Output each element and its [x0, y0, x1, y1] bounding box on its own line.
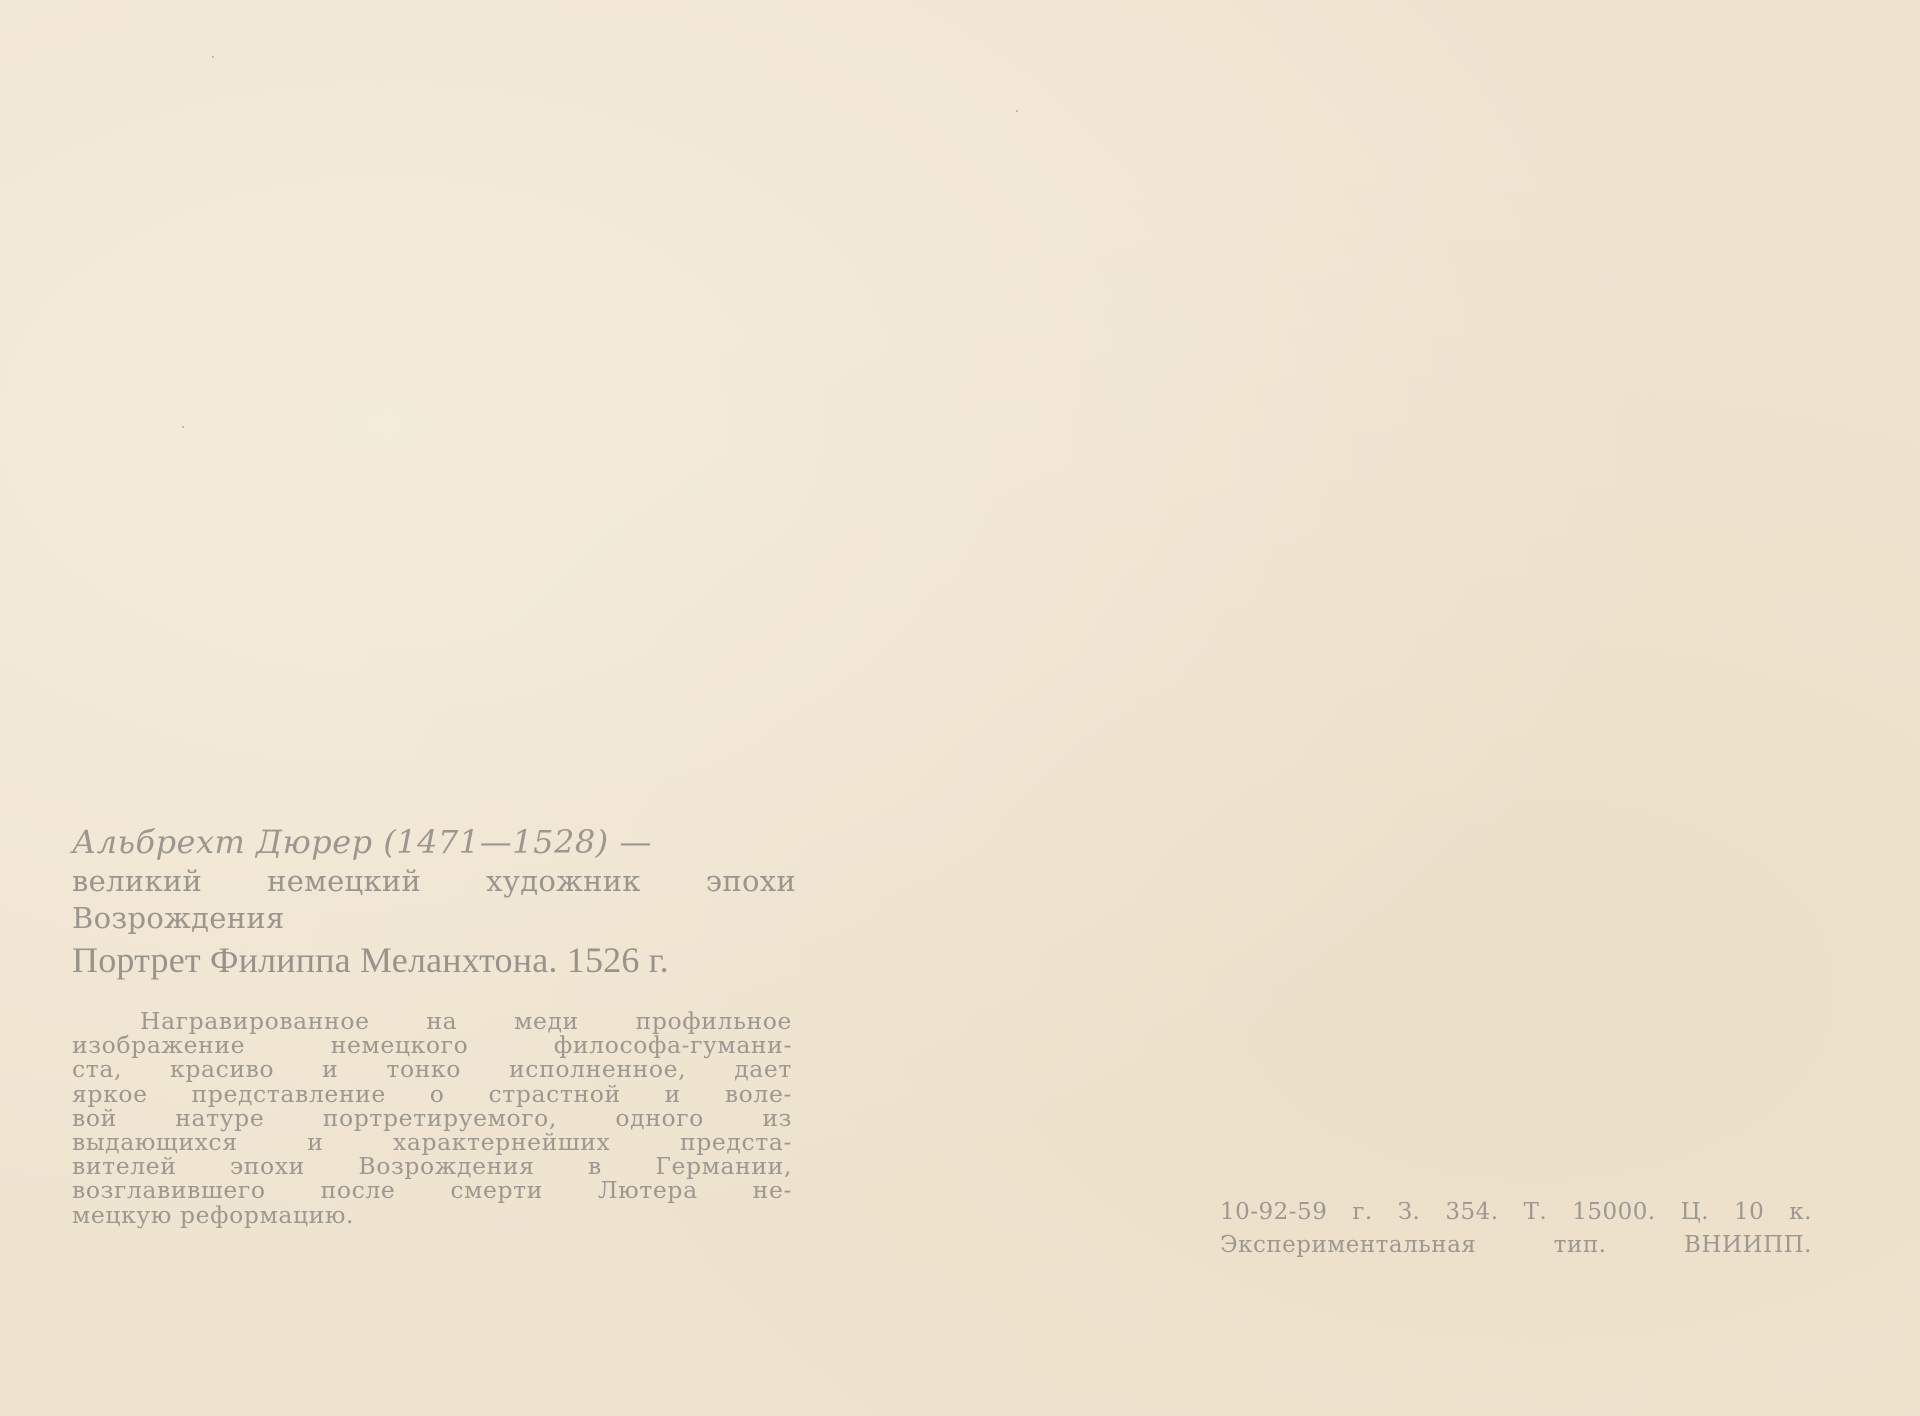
paper-speck [1016, 110, 1018, 112]
paragraph-line: ста, красиво и тонко исполненное, дает [72, 1057, 792, 1081]
artwork-title: Портрет Филиппа Меланхтона. 1526 г. [72, 938, 796, 982]
paragraph-line: изображение немецкого философа-гумани- [72, 1033, 792, 1057]
artwork-description-paragraph: Награвированное на меди профильное изобр… [72, 1009, 792, 1227]
paragraph-line: выдающихся и характернейших предста- [72, 1130, 792, 1154]
paragraph-line: яркое представление о страстной и воле- [72, 1082, 792, 1106]
imprint-printer-name: Экспериментальная тип. ВНИИПП. [1220, 1229, 1812, 1262]
artist-name-dates: Альбрехт Дюрер (1471—1528) — [72, 822, 796, 862]
paragraph-line: Награвированное на меди профильное [72, 1009, 792, 1033]
printing-imprint: 10-92-59 г. З. 354. Т. 15000. Ц. 10 к. Э… [1220, 1196, 1812, 1262]
artist-description-line-2: Возрождения [72, 900, 796, 936]
paragraph-line: мецкую реформацию. [72, 1203, 792, 1227]
paper-speck [212, 56, 214, 58]
paragraph-line: возглавившего после смерти Лютера не- [72, 1178, 792, 1202]
paper-speck [182, 426, 184, 428]
paragraph-line: вой натуре портретируемого, одного из [72, 1106, 792, 1130]
artist-description-line-1: великий немецкий художник эпохи [72, 862, 796, 900]
paragraph-line: вителей эпохи Возрождения в Германии, [72, 1154, 792, 1178]
caption-block: Альбрехт Дюрер (1471—1528) — великий нем… [72, 822, 796, 982]
imprint-print-details: 10-92-59 г. З. 354. Т. 15000. Ц. 10 к. [1220, 1196, 1812, 1229]
